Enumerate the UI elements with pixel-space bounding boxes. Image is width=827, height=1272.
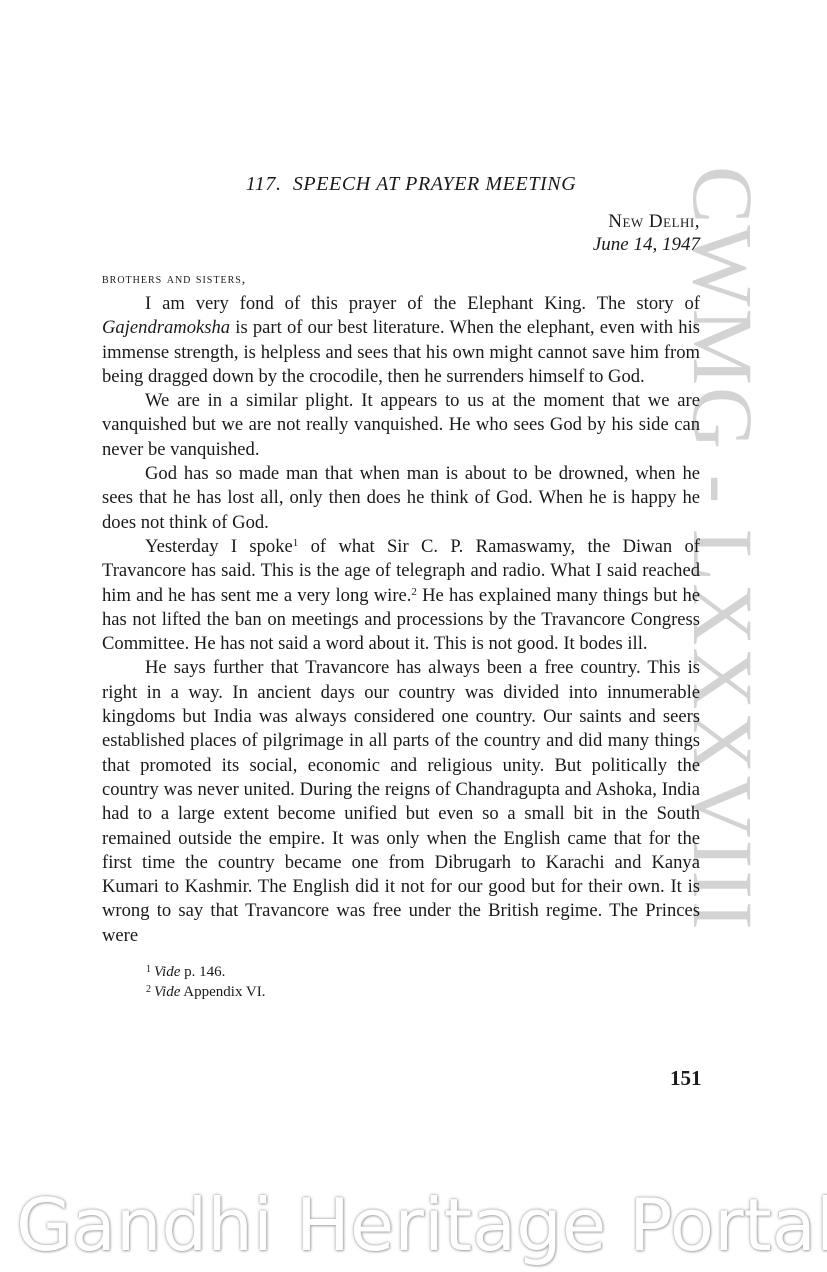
speech-title: SPEECH AT PRAYER MEETING [293,173,576,195]
text-run: He says further that Travancore has alwa… [102,657,700,945]
footnote-text: p. 146. [180,964,225,980]
place-line: New Delhi, [102,210,700,233]
footnote-label: Vide [154,984,180,1000]
text-run: God has so made man that when man is abo… [102,463,700,533]
footnote-mark: 2 [146,984,151,995]
paragraph: Yesterday I spoke1 of what Sir C. P. Ram… [102,535,700,656]
footnote-mark: 1 [146,964,151,975]
footnote-label: Vide [154,964,180,980]
footnotes: 1Vide p. 146. 2Vide Appendix VI. [102,962,700,1002]
footnote-text: Appendix VI. [180,984,265,1000]
body-text: I am very fond of this prayer of the Ele… [102,292,700,948]
paragraph: God has so made man that when man is abo… [102,462,700,535]
paragraph: We are in a similar plight. It appears t… [102,389,700,462]
paragraph: I am very fond of this prayer of the Ele… [102,292,700,389]
speech-number: 117. [246,173,282,195]
date-line: June 14, 1947 [102,233,700,256]
document-page: 117. SPEECH AT PRAYER MEETING New Delhi,… [102,168,700,1002]
text-run: We are in a similar plight. It appears t… [102,390,700,460]
place-date-block: New Delhi, June 14, 1947 [102,210,700,256]
footnote-2: 2Vide Appendix VI. [146,982,700,1002]
salutation: BROTHERS AND SISTERS, [102,270,700,290]
page-number: 151 [670,1066,702,1091]
text-run: Yesterday I spoke [145,536,293,557]
gandhi-heritage-portal-watermark: Gandhi Heritage Portal [16,1185,816,1265]
footnote-1: 1Vide p. 146. [146,962,700,982]
page-title: 117. SPEECH AT PRAYER MEETING [102,168,700,200]
paragraph: He says further that Travancore has alwa… [102,656,700,948]
italic-term: Gajendramoksha [102,317,230,338]
text-run: I am very fond of this prayer of the Ele… [145,293,700,314]
